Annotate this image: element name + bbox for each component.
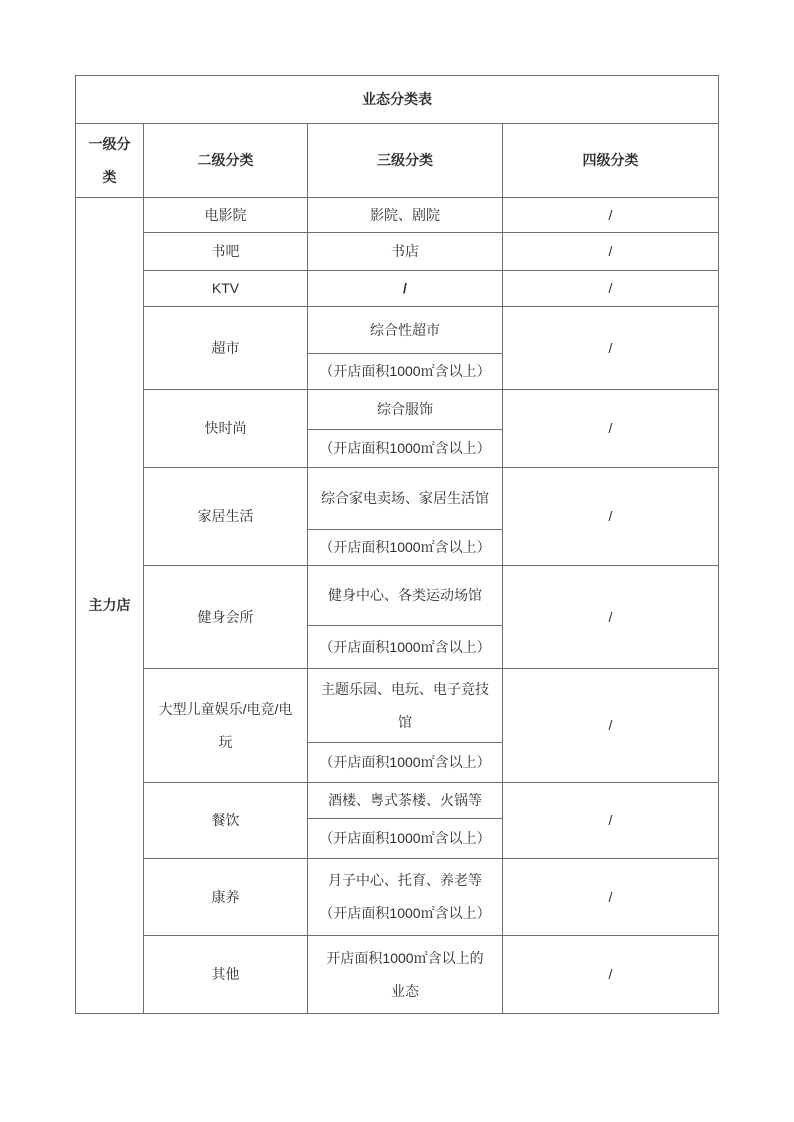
cell-fitness-level3: 健身中心、各类运动场馆: [308, 566, 503, 626]
cell-kidsgaming-level3-note: （开店面积1000㎡含以上）: [308, 743, 503, 783]
cell-ktv-level2: KTV: [144, 271, 308, 307]
cell-bookbar-level4: /: [503, 233, 719, 271]
cell-cinema-level3: 影院、剧院: [308, 198, 503, 233]
cell-wellness-level4: /: [503, 859, 719, 936]
row-fastfashion: 快时尚 综合服饰 /: [76, 390, 719, 430]
business-classification-table: 业态分类表 一级分 类 二级分类 三级分类 四级分类 主力店 电影院 影院、剧院…: [75, 75, 719, 1014]
cell-supermarket-level3-note: （开店面积1000㎡含以上）: [308, 354, 503, 390]
cell-homeliving-level3-note: （开店面积1000㎡含以上）: [308, 530, 503, 566]
cell-kidsgaming-level4: /: [503, 669, 719, 783]
cell-wellness-level3: 月子中心、托育、养老等 （开店面积1000㎡含以上）: [308, 859, 503, 936]
cell-bookbar-level2: 书吧: [144, 233, 308, 271]
cell-homeliving-level2: 家居生活: [144, 468, 308, 566]
row-dining: 餐饮 酒楼、粤式茶楼、火锅等 /: [76, 783, 719, 819]
cell-supermarket-level2: 超市: [144, 307, 308, 390]
cell-other-level3: 开店面积1000㎡含以上的 业态: [308, 936, 503, 1014]
level1-group-cell: 主力店: [76, 198, 144, 1014]
header-level4: 四级分类: [503, 124, 719, 198]
cell-fastfashion-level4: /: [503, 390, 719, 468]
cell-ktv-level3: /: [308, 271, 503, 307]
row-homeliving: 家居生活 综合家电卖场、家居生活馆 /: [76, 468, 719, 530]
header-row: 一级分 类 二级分类 三级分类 四级分类: [76, 124, 719, 198]
cell-dining-level4: /: [503, 783, 719, 859]
row-other: 其他 开店面积1000㎡含以上的 业态 /: [76, 936, 719, 1014]
row-kidsgaming: 大型儿童娱乐/电竞/电 玩 主题乐园、电玩、电子竞技 馆 /: [76, 669, 719, 743]
header-level1: 一级分 类: [76, 124, 144, 198]
table-title: 业态分类表: [76, 76, 719, 124]
cell-bookbar-level3: 书店: [308, 233, 503, 271]
cell-cinema-level4: /: [503, 198, 719, 233]
cell-other-level4: /: [503, 936, 719, 1014]
cell-wellness-level2: 康养: [144, 859, 308, 936]
cell-kidsgaming-level2: 大型儿童娱乐/电竞/电 玩: [144, 669, 308, 783]
cell-ktv-level4: /: [503, 271, 719, 307]
cell-fastfashion-level2: 快时尚: [144, 390, 308, 468]
cell-supermarket-level4: /: [503, 307, 719, 390]
cell-cinema-level2: 电影院: [144, 198, 308, 233]
cell-fitness-level2: 健身会所: [144, 566, 308, 669]
cell-homeliving-level3: 综合家电卖场、家居生活馆: [308, 468, 503, 530]
cell-kidsgaming-level3: 主题乐园、电玩、电子竞技 馆: [308, 669, 503, 743]
cell-dining-level3-note: （开店面积1000㎡含以上）: [308, 819, 503, 859]
row-cinema: 主力店 电影院 影院、剧院 /: [76, 198, 719, 233]
cell-fitness-level3-note: （开店面积1000㎡含以上）: [308, 626, 503, 669]
cell-fastfashion-level3-note: （开店面积1000㎡含以上）: [308, 430, 503, 468]
row-wellness: 康养 月子中心、托育、养老等 （开店面积1000㎡含以上） /: [76, 859, 719, 936]
row-ktv: KTV / /: [76, 271, 719, 307]
cell-fastfashion-level3: 综合服饰: [308, 390, 503, 430]
header-level3: 三级分类: [308, 124, 503, 198]
row-supermarket: 超市 综合性超市 /: [76, 307, 719, 354]
document-page: 业态分类表 一级分 类 二级分类 三级分类 四级分类 主力店 电影院 影院、剧院…: [0, 0, 794, 1122]
row-fitness: 健身会所 健身中心、各类运动场馆 /: [76, 566, 719, 626]
cell-homeliving-level4: /: [503, 468, 719, 566]
cell-dining-level3: 酒楼、粤式茶楼、火锅等: [308, 783, 503, 819]
cell-fitness-level4: /: [503, 566, 719, 669]
cell-dining-level2: 餐饮: [144, 783, 308, 859]
header-level2: 二级分类: [144, 124, 308, 198]
cell-supermarket-level3: 综合性超市: [308, 307, 503, 354]
cell-other-level2: 其他: [144, 936, 308, 1014]
title-row: 业态分类表: [76, 76, 719, 124]
row-bookbar: 书吧 书店 /: [76, 233, 719, 271]
